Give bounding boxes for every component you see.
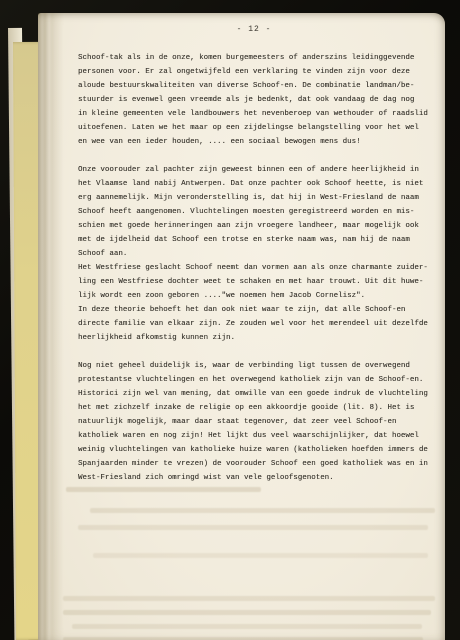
text-line: in kleine gemeenten vele landbouwers het… — [78, 107, 434, 121]
text-line: directe familie van elkaar zijn. Ze zoud… — [78, 317, 434, 331]
text-line: Historici zijn wel van mening, dat omwil… — [78, 387, 434, 401]
bleedthrough-line — [63, 610, 431, 615]
text-line: en wee van een ieder houden, .... een so… — [78, 135, 434, 149]
paragraph: Onze voorouder zal pachter zijn geweest … — [78, 163, 434, 345]
text-line: protestantse vluchtelingen en het overwe… — [78, 373, 434, 387]
bleedthrough-line — [66, 487, 261, 492]
bleedthrough-line — [93, 553, 428, 558]
bleedthrough-line — [63, 596, 435, 601]
binding-shadow — [38, 13, 64, 640]
text-line: West-Friesland zich omringd wist van vel… — [78, 471, 434, 485]
bleedthrough-line — [78, 525, 428, 530]
text-line: ling een Westfriese dochter weet te scha… — [78, 275, 434, 289]
document-page: - 12 - Schoof-tak als in de onze, komen … — [38, 13, 445, 640]
text-line: Schoof heeft aangenomen. Vluchtelingen m… — [78, 205, 434, 219]
text-line: lijk wordt een zoon geboren ...."we noem… — [78, 289, 434, 303]
text-line: erg aannemelijk. Mijn veronderstelling i… — [78, 191, 434, 205]
paragraph: Schoof-tak als in de onze, komen burgeme… — [78, 51, 434, 149]
paragraph: Nog niet geheel duidelijk is, waar de ve… — [78, 359, 434, 485]
text-line: het Vlaamse land nabij Antwerpen. Dat on… — [78, 177, 434, 191]
text-line: Schoof aan. — [78, 247, 434, 261]
text-line: Het Westfriese geslacht Schoof neemt dan… — [78, 261, 434, 275]
book-photo: - 12 - Schoof-tak als in de onze, komen … — [0, 0, 460, 640]
text-line: Onze voorouder zal pachter zijn geweest … — [78, 163, 434, 177]
text-line: personen voor. Er zal ongetwijfeld een v… — [78, 65, 434, 79]
text-line: Nog niet geheel duidelijk is, waar de ve… — [78, 359, 434, 373]
text-line: stuurder is evenwel geen vreemde als je … — [78, 93, 434, 107]
bleedthrough-line — [90, 508, 435, 513]
text-line: weinig vluchtelingen van katholieke huiz… — [78, 443, 434, 457]
text-line: In deze theorie behoeft het dan ook niet… — [78, 303, 434, 317]
text-line: Spanjaarden minder te vrezen) de vooroud… — [78, 457, 434, 471]
text-line: heerlijkheid afkomstig kunnen zijn. — [78, 331, 434, 345]
text-line: natuurlijk mogelijk, maar daar staat teg… — [78, 415, 434, 429]
text-line: katholiek waren en nog zijn! Het lijkt d… — [78, 429, 434, 443]
text-line: met de ijdelheid dat Schoof een trotse e… — [78, 233, 434, 247]
page-text: Schoof-tak als in de onze, komen burgeme… — [78, 51, 434, 499]
text-line: aloude bestuurskwaliteiten van diverse S… — [78, 79, 434, 93]
text-line: uitoefenen. Laten we het maar op een zij… — [78, 121, 434, 135]
text-line: Schoof-tak als in de onze, komen burgeme… — [78, 51, 434, 65]
text-line: het met zichzelf inzake de religie op ee… — [78, 401, 434, 415]
page-number: - 12 - — [78, 25, 430, 34]
bleedthrough-line — [72, 624, 422, 629]
text-line: schien met goede herinneringen aan zijn … — [78, 219, 434, 233]
